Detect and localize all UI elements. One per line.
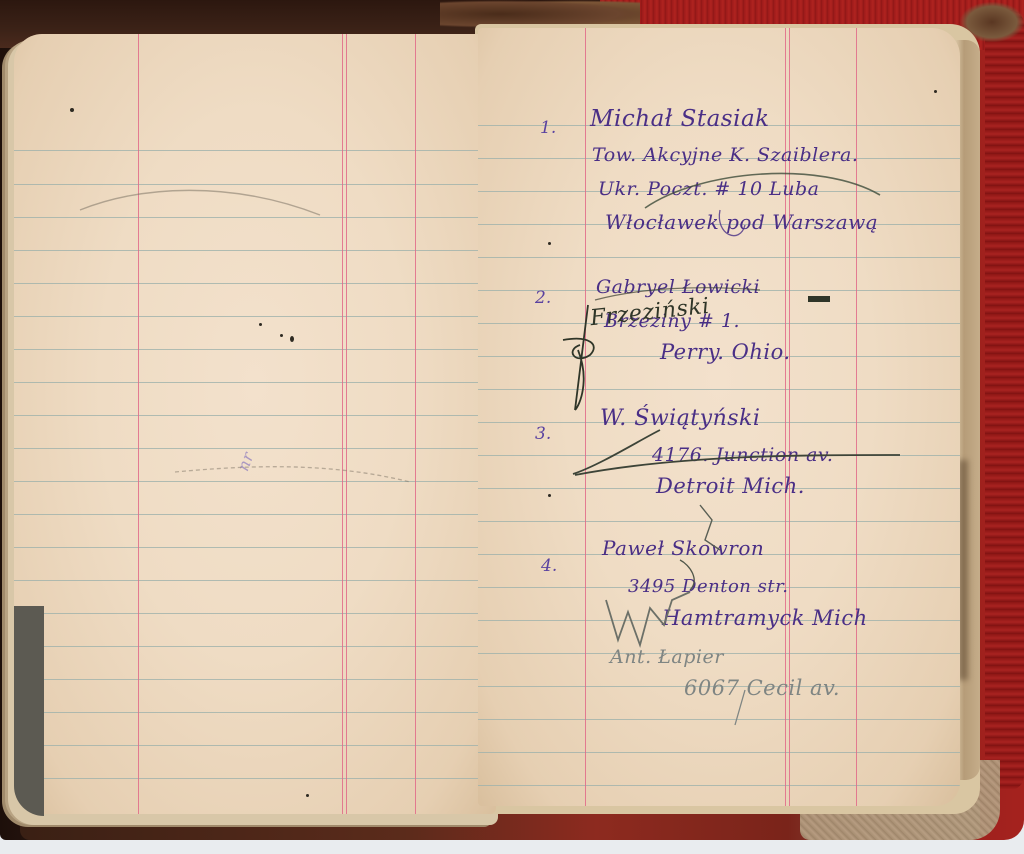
page-notch	[14, 606, 44, 816]
notebook-photo: S V W nr	[0, 0, 1024, 854]
entry-number: 3.	[535, 424, 551, 444]
entry-line: Ukr. Poczt. # 10 Luba	[598, 178, 819, 200]
entry-number: 1.	[540, 118, 556, 138]
entry-line: Perry. Ohio.	[660, 340, 791, 364]
entry-number: 4.	[541, 556, 557, 576]
pencil-line: Ant. Łapier	[610, 646, 724, 668]
cover-right-edge	[985, 10, 1024, 790]
entry-line: Tow. Akcyjne K. Szaiblera.	[592, 144, 858, 166]
entry-line: Hamtramyck Mich	[662, 606, 868, 630]
entry-line: 3495 Denton str.	[628, 576, 788, 597]
pencil-line: 6067 Cecil av.	[684, 676, 840, 700]
entry-name: Gabryel Łowicki	[596, 276, 760, 298]
left-page: nr	[14, 34, 496, 814]
entry-line: Detroit Mich.	[656, 474, 805, 498]
entry-name: W. Świątyński	[600, 406, 760, 431]
faint-pencil-mark: nr	[233, 449, 257, 473]
entry-name: Michał Stasiak	[590, 106, 770, 132]
entry-number: 2.	[535, 288, 551, 308]
entry-line: Włocławek pod Warszawą	[605, 210, 878, 234]
entry-line: 4176. Junction av.	[652, 444, 833, 466]
entry-name: Paweł Skowron	[602, 536, 764, 560]
